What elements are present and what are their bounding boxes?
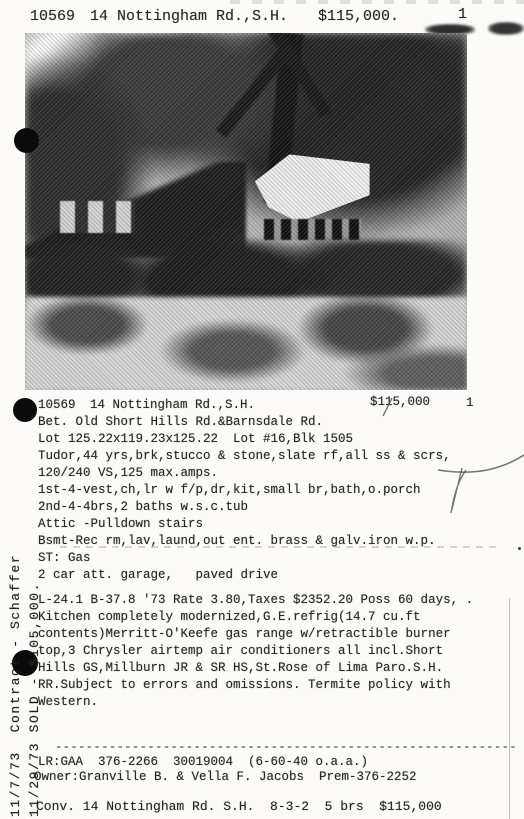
photo-halftone-texture <box>25 33 467 390</box>
footer-owner-line: Owner:Granville B. & Vella F. Jacobs Pre… <box>34 770 417 784</box>
scan-artifact-underline <box>60 546 500 548</box>
header-mls-number: 10569 <box>30 8 75 25</box>
footer-broker-line: LR:GAA 376-2266 30019004 (6-60-40 o.a.a.… <box>38 755 368 769</box>
footer-summary-line: Conv. 14 Nottingham Rd. S.H. 8-3-2 5 brs… <box>36 799 442 814</box>
listing-line-streets: Bet. Old Short Hills Rd.&Barnsdale Rd. <box>38 415 451 432</box>
scan-crease-line <box>509 598 510 819</box>
listing-details: Bet. Old Short Hills Rd.&Barnsdale Rd. L… <box>38 415 451 585</box>
remarks-line: RR.Subject to errors and omissions. Term… <box>38 678 473 695</box>
header-price: $115,000. <box>318 8 399 25</box>
listing-line-first-floor: 1st-4-vest,ch,lr w f/p,dr,kit,small br,b… <box>38 483 451 500</box>
listing-address: 14 Nottingham Rd.,S.H. <box>90 398 255 412</box>
listing-line-style: Tudor,44 yrs,brk,stucco & stone,slate rf… <box>38 449 451 466</box>
remarks-line: contents)Merritt-O'Keefe gas range w/ret… <box>38 627 473 644</box>
listing-line-basement: Bsmt-Rec rm,lav,laund,out ent. brass & g… <box>38 534 451 551</box>
scan-artifact-top <box>230 0 524 4</box>
listing-line-electric: 120/240 VS,125 max.amps. <box>38 466 451 483</box>
remarks-line: Western. <box>38 695 473 712</box>
header-page-number: 1 <box>458 6 467 23</box>
remarks-line: Kitchen completely modernized,G.E.refrig… <box>38 610 473 627</box>
listing-line-garage: 2 car att. garage, paved drive <box>38 568 451 585</box>
listing-line-heat: ST: Gas <box>38 551 451 568</box>
listing-mls-number: 10569 <box>38 398 76 412</box>
margin-note-contract: 11/7/73 Contract - Schaffer <box>8 554 23 817</box>
listing-line-second-floor: 2nd-4-4brs,2 baths w.s.c.tub <box>38 500 451 517</box>
listing-line-attic: Attic -Pulldown stairs <box>38 517 451 534</box>
pen-checkmark <box>428 443 524 523</box>
header-address: 14 Nottingham Rd.,S.H. <box>90 8 288 25</box>
punch-hole <box>13 398 37 422</box>
remarks-line: top,3 Chrysler airtemp air conditioners … <box>38 644 473 661</box>
property-photo <box>25 33 467 390</box>
footer-separator: ----------------------------------------… <box>55 740 517 754</box>
remarks-line: Hills GS,Millburn JR & SR HS,St.Rose of … <box>38 661 473 678</box>
scanned-listing-card: 10569 14 Nottingham Rd.,S.H. $115,000. 1… <box>0 0 524 819</box>
punch-hole <box>14 128 39 153</box>
scan-dot <box>518 547 521 550</box>
scan-smudge <box>488 22 524 35</box>
remarks-line: L-24.1 B-37.8 '73 Rate 3.80,Taxes $2352.… <box>38 593 473 610</box>
remarks-paragraph: L-24.1 B-37.8 '73 Rate 3.80,Taxes $2352.… <box>38 593 473 712</box>
listing-line-lot: Lot 125.22x119.23x125.22 Lot #16,Blk 150… <box>38 432 451 449</box>
listing-page-number: 1 <box>466 396 474 410</box>
